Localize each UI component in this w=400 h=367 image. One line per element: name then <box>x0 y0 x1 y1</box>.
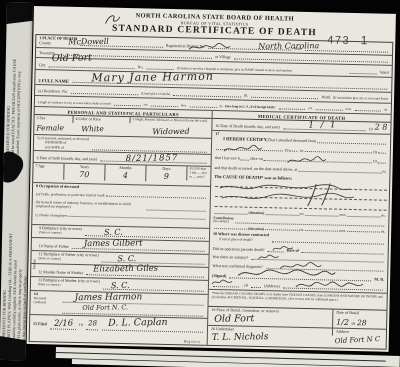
length-label: Length of residence in city or town wher… <box>38 101 111 106</box>
footnote-text: *State the DISEASE CAUSING DEATH, or in … <box>212 291 384 303</box>
color-race-label: 4 Color or Race <box>75 117 127 123</box>
undertaker-value: T. L. Nichols <box>212 332 269 344</box>
mother-name-label: 12 Maiden Name of Mother <box>38 270 83 276</box>
spouse-label-3: (or) WIFE of <box>37 145 89 150</box>
duration-blank <box>306 215 339 217</box>
street-label: St. <box>244 94 248 99</box>
duration-blank <box>265 214 298 216</box>
certify-blank <box>241 160 249 161</box>
mos-label: mos. <box>181 104 187 108</box>
filed-row: 15 Filed 19 2/16 28 D. L. Caplan Registr… <box>30 315 208 345</box>
yrs-label: yrs. <box>308 107 313 111</box>
ward-label: Ward <box>380 71 389 76</box>
duration-blank <box>347 215 380 217</box>
city-blank-line <box>49 66 135 69</box>
stray-pen-mark <box>104 13 122 26</box>
occupation-a-blank <box>106 196 206 199</box>
occupation-row: 8 Occupation of deceased (a) Trade, prof… <box>32 183 210 229</box>
mos-label: mos. <box>339 229 346 233</box>
ds-label: ds. <box>381 214 385 218</box>
informant-value: James Harmon <box>75 292 143 304</box>
date-of-death-value: 1 / 1 <box>308 120 337 131</box>
abode-blank <box>173 95 240 97</box>
occupation-a-label: (a) Trade, profession, or particular kin… <box>36 192 105 198</box>
age-years-value: 70 <box>66 170 102 180</box>
illegible-scrawl <box>223 144 263 154</box>
certify-bold: I HEREBY CERTIFY, <box>223 136 268 142</box>
burial-place-value: Old Fort <box>214 313 254 325</box>
certify-blank <box>298 171 381 174</box>
occupation-c-label: (c) Name of employer <box>35 213 67 218</box>
address-year-label: , 19 <box>242 284 248 289</box>
year-prefix: 19 <box>373 160 377 165</box>
margin-text-bottom: MARGIN RESERVED FOR BINDING N. B.—WRITE … <box>1 194 30 355</box>
full-name-label: 2 FULL NAME <box>38 78 69 84</box>
where-contracted-label-2: if not at place of death? <box>213 237 269 243</box>
mos-label: mos. <box>345 108 351 112</box>
mother-name-blank <box>86 274 204 278</box>
cause-of-death-block: The CAUSE OF DEATH* was as follows: (dur… <box>210 173 389 219</box>
length-blank <box>151 106 178 108</box>
yrs-label: yrs. <box>143 104 148 108</box>
yrs-label: yrs. <box>299 228 304 232</box>
certify-blank <box>317 142 386 145</box>
residence-label: (a) Residence. No. <box>38 89 68 94</box>
duration-blank <box>347 231 380 233</box>
filed-year-value: 28 <box>88 319 97 328</box>
informant-address-label: (Address) <box>33 301 59 305</box>
illegible-signature-scrawl <box>237 267 337 280</box>
state-country-note: (State or country) <box>38 257 98 262</box>
burial-date-year: 28 <box>357 318 367 327</box>
death-certificate-sheet: NORTH CAROLINA STATE BOARD OF HEALTH BUR… <box>27 6 396 352</box>
duration-blank <box>214 228 247 230</box>
ds-label: ds. <box>381 230 385 234</box>
lastsaw-label-2: alive on <box>250 157 263 162</box>
duration-blank <box>215 213 248 215</box>
date-of-death-year: 2 8 <box>375 123 388 133</box>
sex-label: 3 Sex <box>36 116 70 122</box>
residence-ward-label: Ward. <box>321 95 331 100</box>
nonresident-note: (If nonresident give city or town and St… <box>333 97 388 102</box>
street-no-label: No. <box>138 65 144 70</box>
city-value: Old Fort <box>52 53 92 65</box>
ds-label: ds. <box>384 109 388 113</box>
undertaker-address-value: Old Fort N C <box>335 335 381 346</box>
filed-year-prefix: 19 <box>79 323 83 328</box>
age-days-value: 9 <box>148 171 184 181</box>
informant-address-value: Old Fort N. C. <box>82 304 128 312</box>
occupation-c-blank <box>68 216 205 220</box>
illegible-scrawl <box>257 253 279 261</box>
street-blank <box>251 97 318 99</box>
certify-blank <box>304 151 371 153</box>
burial-year-prefix: 19 <box>351 322 355 327</box>
secondary-label: (Secondary) <box>213 220 234 224</box>
autopsy-label: Was there an autopsy? <box>213 255 249 261</box>
city-label: City <box>39 63 46 68</box>
m-label: m. <box>382 170 386 175</box>
length-blank <box>190 106 217 108</box>
year-prefix: 19 <box>284 148 288 153</box>
duration-blank <box>265 230 298 232</box>
address-label: (Address) <box>264 284 280 289</box>
registrar-label: Registrar <box>184 339 201 343</box>
state-value: North Carolina <box>258 41 319 51</box>
occupation-b-blank <box>147 209 206 211</box>
state-country-note: (State or country) <box>39 231 82 236</box>
state-country-note: (State or country) <box>38 283 100 288</box>
village-label: or Village <box>215 55 231 60</box>
age-months-value: 4 <box>107 170 143 180</box>
dod-year-prefix: 19 <box>369 128 373 133</box>
burial-date-label: Date of Burial <box>336 311 383 317</box>
certify-blank <box>378 153 386 154</box>
scanned-record-viewport: MARGIN RESERVED FOR BINDING AGE should b… <box>0 0 400 367</box>
certify-blank <box>289 151 297 152</box>
abode-note: (Usual place of abode) <box>141 93 170 97</box>
mother-name-value: Elizabeth Giles <box>93 264 158 275</box>
illegible-scrawl <box>287 156 327 166</box>
date-of-death-label: 16 Date of Death (month, day, and year) <box>215 124 280 130</box>
ward-blank <box>350 73 377 75</box>
foreign-birth-label: How long in U. S., if of foreign birth? <box>225 105 276 110</box>
certificate-form: 1 PLACE OF DEATH County Registration Dis… <box>29 34 394 350</box>
illegible-scrawl <box>272 244 294 252</box>
certify-rest: That I attended deceased from <box>268 138 317 144</box>
marital-label: 5 Single, Married, Widowed, or Divorced … <box>132 118 209 124</box>
foreign-blank <box>279 108 306 110</box>
year-prefix: 19 <box>373 150 377 155</box>
occupation-b-label: (b) General nature of industry, business… <box>36 200 146 211</box>
mother-birthplace-value: S. C. <box>111 281 130 291</box>
residence-blank <box>71 93 138 95</box>
scan-blotch <box>1 2 33 24</box>
father-name-value: James Gilbert <box>84 238 143 249</box>
father-name-label: 10 Name of Father <box>39 244 69 249</box>
illegible-scrawl <box>295 280 365 292</box>
death-occurred-label: and that death occurred, on the date sta… <box>214 166 297 173</box>
illegible-scrawl <box>211 278 233 287</box>
color-race-value: White <box>81 124 104 133</box>
age-less-note: If LESS than 1 day, ......hrs. or ......… <box>189 167 208 179</box>
father-birthplace-value: S. C. <box>117 254 136 264</box>
registrar-signature-value: D. L. Caplan <box>108 317 168 329</box>
birth-date-value: 8/21/1857 <box>126 153 179 164</box>
undertaker-row: 20 Undertaker T. L. Nichols Address Old … <box>208 326 386 349</box>
filed-label: 15 Filed <box>33 322 47 327</box>
birthplace-value: S. C. <box>104 228 123 238</box>
occupation-label: 8 Occupation of deceased <box>36 184 207 193</box>
duration-blank <box>305 230 338 232</box>
address-year-blank <box>251 287 261 288</box>
margin-text-top: MARGIN RESERVED FOR BINDING AGE should b… <box>4 20 33 171</box>
marital-value: Widowed <box>152 127 189 137</box>
foreign-blank <box>316 109 343 111</box>
length-blank <box>114 105 141 107</box>
ds-label: ds. <box>219 105 223 109</box>
full-name-value: Mary Jane Harmon <box>91 70 214 85</box>
birth-date-label: 6 Date of birth (month, day, and year) <box>37 156 98 162</box>
illegible-cause-scrawl <box>218 180 359 209</box>
certify-number: 17 <box>215 132 219 137</box>
age-label: 7 Age <box>35 164 61 169</box>
lastsaw-label-1: that I last saw h <box>215 156 240 161</box>
sex-value: Female <box>36 123 64 132</box>
county-value: McDowell <box>68 37 109 47</box>
certify-block: 17 I HEREBY CERTIFY, That I attended dec… <box>211 131 390 177</box>
foreign-blank <box>355 110 382 112</box>
md-label: M. D. <box>374 278 384 283</box>
burial-date-value: 1/2 <box>336 317 349 327</box>
to-label: , to <box>298 148 303 153</box>
certify-blank <box>378 163 386 164</box>
filed-date-value: 2/16 <box>54 319 73 329</box>
